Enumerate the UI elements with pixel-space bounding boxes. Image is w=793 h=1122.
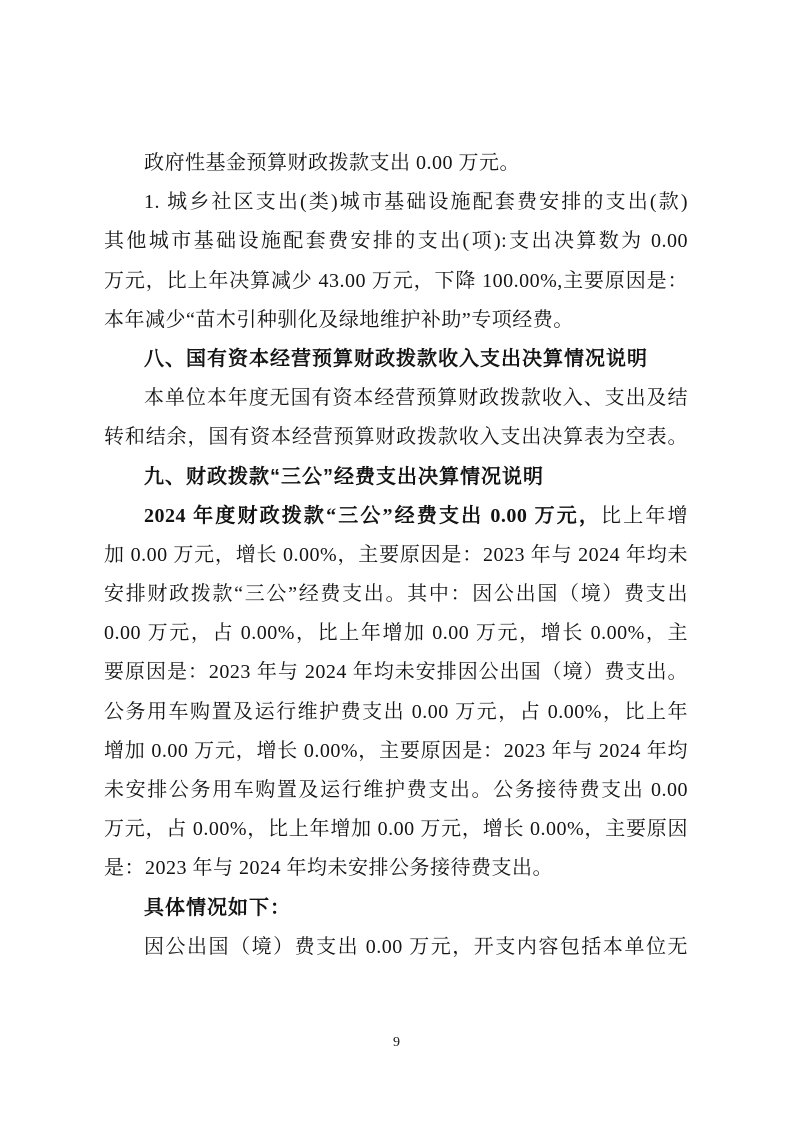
document-page: 政府性基金预算财政拨款支出 0.00 万元。 1. 城乡社区支出(类)城市基础设… [0, 0, 793, 1122]
body-text-line: 增加 0.00 万元，增长 0.00%，主要原因是：2023 年与 2024 年… [104, 732, 688, 771]
body-text-line: 本单位本年度无国有资本经营预算财政拨款收入、支出及结 [104, 379, 688, 418]
body-text-line: 未安排公务用车购置及运行维护费支出。公务接待费支出 0.00 [104, 771, 688, 810]
body-text-span: 比上年增 [601, 505, 688, 527]
body-text-line: 本年减少“苗木引种驯化及绿地维护补助”专项经费。 [104, 301, 688, 340]
body-text-line: 公务用车购置及运行维护费支出 0.00 万元，占 0.00%，比上年 [104, 693, 688, 732]
page-number: 9 [0, 1035, 793, 1051]
body-text-line: 安排财政拨款“三公”经费支出。其中：因公出国（境）费支出 [104, 575, 688, 614]
body-text-line: 1. 城乡社区支出(类)城市基础设施配套费安排的支出(款) [104, 183, 688, 222]
body-text-line: 加 0.00 万元，增长 0.00%，主要原因是：2023 年与 2024 年均… [104, 536, 688, 575]
document-body: 政府性基金预算财政拨款支出 0.00 万元。 1. 城乡社区支出(类)城市基础设… [104, 144, 688, 967]
body-text-line: 其他城市基础设施配套费安排的支出(项):支出决算数为 0.00 [104, 222, 688, 261]
body-text-line: 0.00 万元，占 0.00%，比上年增加 0.00 万元，增长 0.00%，主 [104, 614, 688, 653]
body-text-line: 万元，比上年决算减少 43.00 万元，下降 100.00%,主要原因是： [104, 262, 688, 301]
body-text-line: 是：2023 年与 2024 年均未安排公务接待费支出。 [104, 849, 688, 888]
body-text-line: 要原因是：2023 年与 2024 年均未安排因公出国（境）费支出。 [104, 653, 688, 692]
body-text-line: 万元，占 0.00%，比上年增加 0.00 万元，增长 0.00%，主要原因 [104, 810, 688, 849]
subheading-details: 具体情况如下： [104, 889, 688, 928]
bold-lead-text: 2024 年度财政拨款“三公”经费支出 0.00 万元， [144, 505, 601, 527]
body-text-line: 2024 年度财政拨款“三公”经费支出 0.00 万元，比上年增 [104, 497, 688, 536]
section-heading-8: 八、国有资本经营预算财政拨款收入支出决算情况说明 [104, 340, 688, 379]
section-heading-9: 九、财政拨款“三公”经费支出决算情况说明 [104, 458, 688, 497]
body-text-line: 转和结余，国有资本经营预算财政拨款收入支出决算表为空表。 [104, 418, 688, 457]
body-text-line: 因公出国（境）费支出 0.00 万元，开支内容包括本单位无 [104, 928, 688, 967]
body-text-line: 政府性基金预算财政拨款支出 0.00 万元。 [104, 144, 688, 183]
